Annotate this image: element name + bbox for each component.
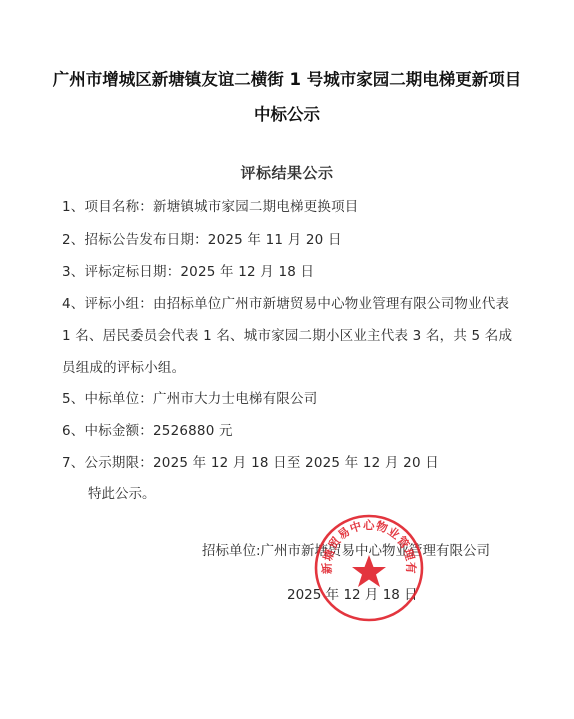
item-announcement-date: 2、招标公告发布日期：2025 年 11 月 20 日	[62, 228, 342, 248]
document-title-line-1: 广州市增城区新塘镇友谊二横街 1 号城市家园二期电梯更新项目	[0, 66, 574, 90]
document-title-line-2: 中标公示	[0, 101, 574, 125]
document-page: 广州市增城区新塘镇友谊二横街 1 号城市家园二期电梯更新项目 中标公示 评标结果…	[0, 0, 574, 719]
section-heading: 评标结果公示	[0, 162, 574, 183]
item-evaluation-date: 3、评标定标日期：2025 年 12 月 18 日	[62, 260, 314, 280]
item-evaluation-panel: 4、评标小组：由招标单位广州市新塘贸易中心物业管理有限公司物业代表	[62, 292, 509, 312]
item-evaluation-panel-cont-1: 1 名、居民委员会代表 1 名、城市家园二期小区业主代表 3 名，共 5 名成	[62, 324, 512, 344]
item-publicity-period: 7、公示期限：2025 年 12 月 18 日至 2025 年 12 月 20 …	[62, 451, 439, 471]
signature-date: 2025 年 12 月 18 日	[287, 583, 418, 603]
item-project-name: 1、项目名称：新塘镇城市家园二期电梯更换项目	[62, 195, 359, 215]
signature-line: 招标单位:广州市新塘贸易中心物业管理有限公司	[202, 539, 490, 559]
item-winning-amount: 6、中标金额：2526880 元	[62, 419, 233, 439]
item-evaluation-panel-cont-2: 员组成的评标小组。	[62, 356, 185, 376]
official-seal-stamp: 广州市新塘贸易中心物业管理有限公司	[313, 513, 425, 623]
item-winning-company: 5、中标单位：广州市大力士电梯有限公司	[62, 387, 317, 407]
closing-text: 特此公示。	[88, 482, 156, 502]
